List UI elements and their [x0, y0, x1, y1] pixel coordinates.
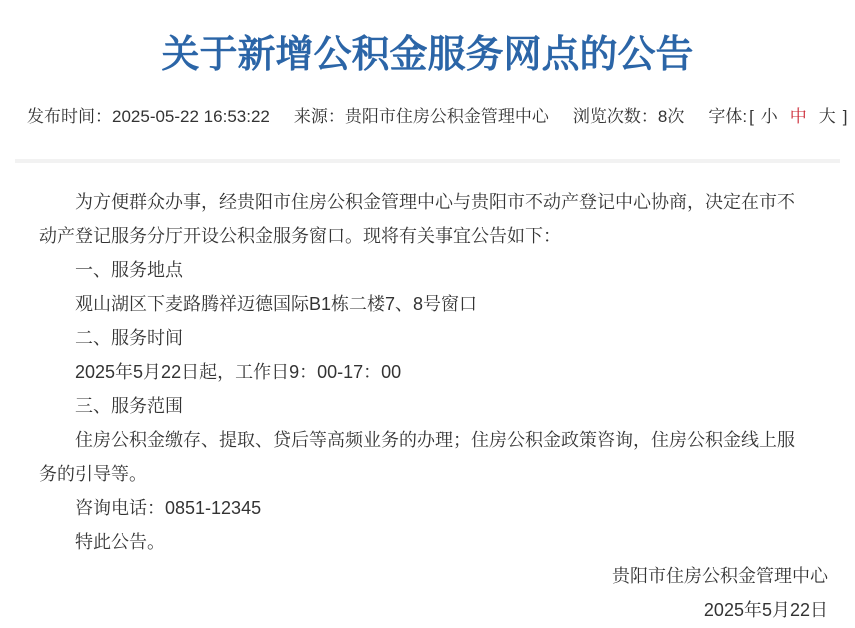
article-line: 动产登记服务分厅开设公积金服务窗口。现将有关事宜公告如下：	[39, 219, 828, 253]
article-line: 咨询电话：0851-12345	[39, 491, 828, 525]
meta-bar: 发布时间： 2025-05-22 16:53:22 来源： 贵阳市住房公积金管理…	[0, 105, 855, 129]
source: 来源： 贵阳市住房公积金管理中心	[294, 105, 549, 129]
bracket-close: ]	[843, 105, 848, 129]
source-value: 贵阳市住房公积金管理中心	[345, 105, 549, 129]
article-line: 一、服务地点	[39, 253, 828, 287]
signature-date: 2025年5月22日	[39, 593, 828, 627]
view-count-value: 8次	[658, 105, 684, 129]
article-body: 为方便群众办事，经贵阳市住房公积金管理中心与贵阳市不动产登记中心协商，决定在市不…	[0, 185, 855, 627]
publish-time-value: 2025-05-22 16:53:22	[112, 105, 270, 129]
publish-time-label: 发布时间：	[27, 105, 112, 129]
font-size-label: 字体:	[708, 105, 747, 129]
header-divider	[15, 159, 840, 163]
article-line: 住房公积金缴存、提取、贷后等高频业务的办理；住房公积金政策咨询，住房公积金线上服	[39, 423, 828, 457]
font-size-large-button[interactable]: 大	[814, 105, 841, 129]
article-line: 观山湖区下麦路腾祥迈德国际B1栋二楼7、8号窗口	[39, 287, 828, 321]
article-line: 为方便群众办事，经贵阳市住房公积金管理中心与贵阳市不动产登记中心协商，决定在市不	[39, 185, 828, 219]
article-line: 务的引导等。	[39, 457, 828, 491]
article-line: 特此公告。	[39, 525, 828, 559]
font-size-switcher: 字体: [ 小 中 大 ]	[708, 105, 847, 129]
font-size-medium-button[interactable]: 中	[785, 105, 812, 129]
announcement-page: 关于新增公积金服务网点的公告 发布时间： 2025-05-22 16:53:22…	[0, 0, 855, 628]
page-title: 关于新增公积金服务网点的公告	[0, 30, 855, 80]
publish-time: 发布时间： 2025-05-22 16:53:22	[27, 105, 270, 129]
font-size-small-button[interactable]: 小	[756, 105, 783, 129]
view-count: 浏览次数： 8次	[573, 105, 684, 129]
article-line: 三、服务范围	[39, 389, 828, 423]
article-line: 二、服务时间	[39, 321, 828, 355]
signature: 贵阳市住房公积金管理中心	[39, 559, 828, 593]
bracket-open: [	[749, 105, 754, 129]
article-line: 2025年5月22日起，工作日9：00-17：00	[39, 355, 828, 389]
view-count-label: 浏览次数：	[573, 105, 658, 129]
source-label: 来源：	[294, 105, 345, 129]
